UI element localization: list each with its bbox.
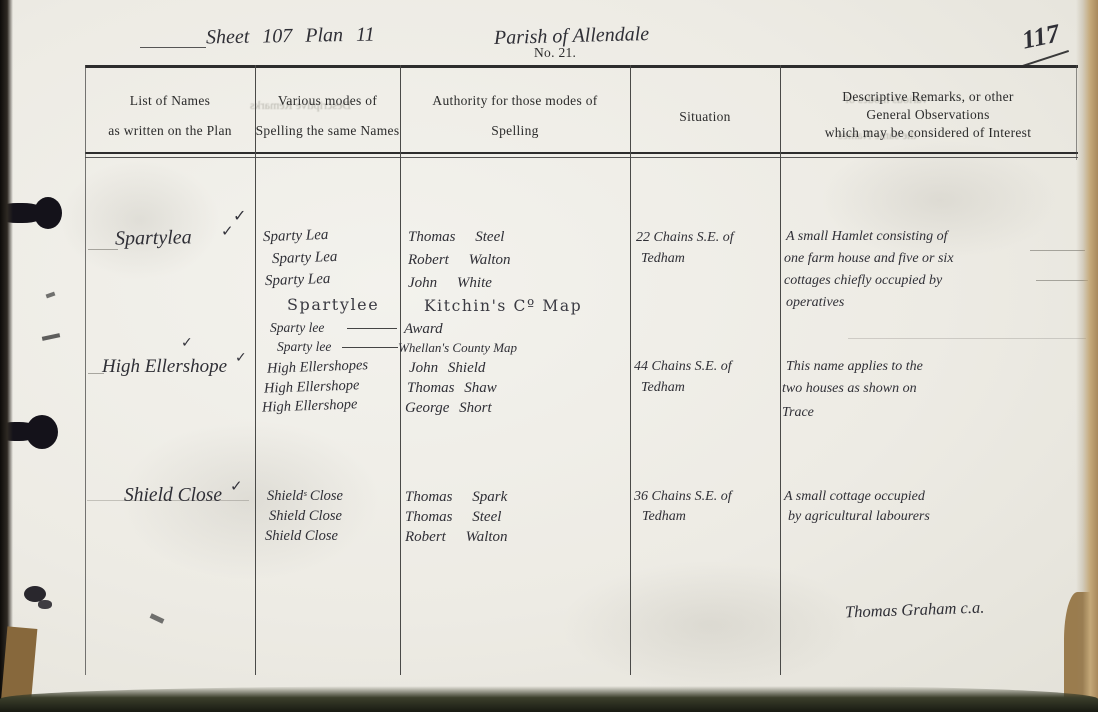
authority-entry: Thomas Steel <box>405 510 501 525</box>
col-header-situation: Situation <box>630 110 780 124</box>
form-number: No. 21. <box>534 46 576 60</box>
situation-line: 44 Chains S.E. of <box>634 360 732 374</box>
col-header-authority-line2: Spelling <box>400 124 630 138</box>
remarks-line: two houses as shown on <box>782 382 917 396</box>
spelling-entry: Shield Close <box>269 509 342 524</box>
guide-line <box>88 249 118 250</box>
pen-mark <box>150 613 165 623</box>
spelling-entry: High Ellershope <box>264 378 360 396</box>
situation-line: Tedham <box>641 381 685 395</box>
col-header-spelling-line2: Spelling the same Names <box>255 124 400 138</box>
authority-entry: George Short <box>405 401 492 416</box>
checkmark: ✓ <box>221 224 234 239</box>
situation-line: 36 Chains S.E. of <box>634 490 732 504</box>
col-header-remarks-line2: General Observations <box>780 108 1076 122</box>
spelling-entry: Sparty Lea <box>265 272 331 289</box>
remarks-line: Trace <box>782 406 814 420</box>
checkmark: ✓ <box>233 208 246 224</box>
spelling-entry: Sparty Lea <box>263 228 329 245</box>
spelling-entry: High Ellershope <box>262 397 358 415</box>
table-top-rule <box>85 65 1078 68</box>
situation-line: 22 Chains S.E. of <box>636 231 734 245</box>
binding-tie-knot <box>34 197 62 229</box>
checkmark: ✓ <box>235 351 247 365</box>
spelling-entry: Shieldˢ Close <box>267 489 343 504</box>
spelling-entry: Shield Close <box>265 529 338 544</box>
page-edge-left <box>0 0 13 712</box>
authority-entry: Thomas Spark <box>405 490 507 505</box>
placename-spartylea: Spartylea <box>115 227 192 248</box>
header-bottom-rule2 <box>85 157 1078 158</box>
spelling-entry: High Ellershopes <box>267 358 369 376</box>
authority-entry: John White <box>408 276 492 291</box>
page-number: 117 <box>1020 20 1062 53</box>
surveyor-signature: Thomas Graham c.a. <box>845 600 985 621</box>
col-header-remarks-line3: which may be considered of Interest <box>780 126 1076 140</box>
remarks-line: A small Hamlet consisting of <box>786 230 948 244</box>
authority-entry: Robert Walton <box>405 530 508 545</box>
authority-entry: Award <box>404 322 443 337</box>
spelling-entry: Sparty Lea <box>272 250 338 267</box>
pen-stroke <box>140 47 206 48</box>
column-divider <box>400 65 401 675</box>
guide-line <box>848 338 1086 339</box>
namebook-page: Descriptive Remarks Various modes of the… <box>0 0 1098 712</box>
paper-stain <box>60 160 220 280</box>
authority-entry: Whellan's County Map <box>398 341 517 354</box>
binding-tie-knot <box>26 415 58 449</box>
checkmark: ✓ <box>230 479 243 494</box>
col-header-names-line1: List of Names <box>85 94 255 108</box>
pen-mark <box>46 292 56 299</box>
situation-line: Tedham <box>642 510 686 524</box>
col-header-authority-line1: Authority for those modes of <box>400 94 630 108</box>
column-divider <box>255 65 256 675</box>
authority-entry-printed: Kitchin's Cº Map <box>424 299 582 315</box>
column-divider <box>780 65 781 675</box>
pen-dash <box>347 328 397 329</box>
remarks-line: cottages chiefly occupied by <box>784 274 942 288</box>
situation-line: Tedham <box>641 252 685 266</box>
remarks-line: by agricultural labourers <box>788 510 930 524</box>
authority-entry: Robert Walton <box>408 253 511 268</box>
header-bottom-rule <box>85 152 1078 154</box>
col-header-remarks-line1: Descriptive Remarks, or other <box>780 90 1076 104</box>
paper-stain <box>560 560 860 690</box>
placename-high-ellershope: High Ellershope <box>102 357 227 376</box>
remarks-line: one farm house and five or six <box>784 252 954 266</box>
pen-dash <box>342 347 398 348</box>
page-edge-bottom <box>0 686 1098 712</box>
sheet-plan-label: Sheet 107 Plan 11 <box>206 25 375 48</box>
authority-entry: Thomas Shaw <box>407 381 497 396</box>
placename-shield-close: Shield Close <box>124 486 222 506</box>
table-left-border <box>85 65 86 675</box>
remarks-line: A small cottage occupied <box>784 490 925 504</box>
column-divider <box>630 65 631 675</box>
spelling-entry: Sparty lee <box>277 340 331 354</box>
remarks-line: operatives <box>786 296 844 310</box>
col-header-names-line2: as written on the Plan <box>85 124 255 138</box>
authority-entry: Thomas Steel <box>408 230 504 245</box>
authority-entry: John Shield <box>409 361 485 376</box>
page-edge-right <box>1076 0 1098 712</box>
spelling-entry-printed: Spartylee <box>287 297 379 313</box>
checkmark: ✓ <box>181 336 193 350</box>
pen-mark <box>42 333 60 341</box>
remarks-line: This name applies to the <box>786 360 923 374</box>
spelling-entry: Sparty lee <box>270 321 324 335</box>
binding-tie <box>38 600 52 609</box>
col-header-spelling-line1: Various modes of <box>255 94 400 108</box>
